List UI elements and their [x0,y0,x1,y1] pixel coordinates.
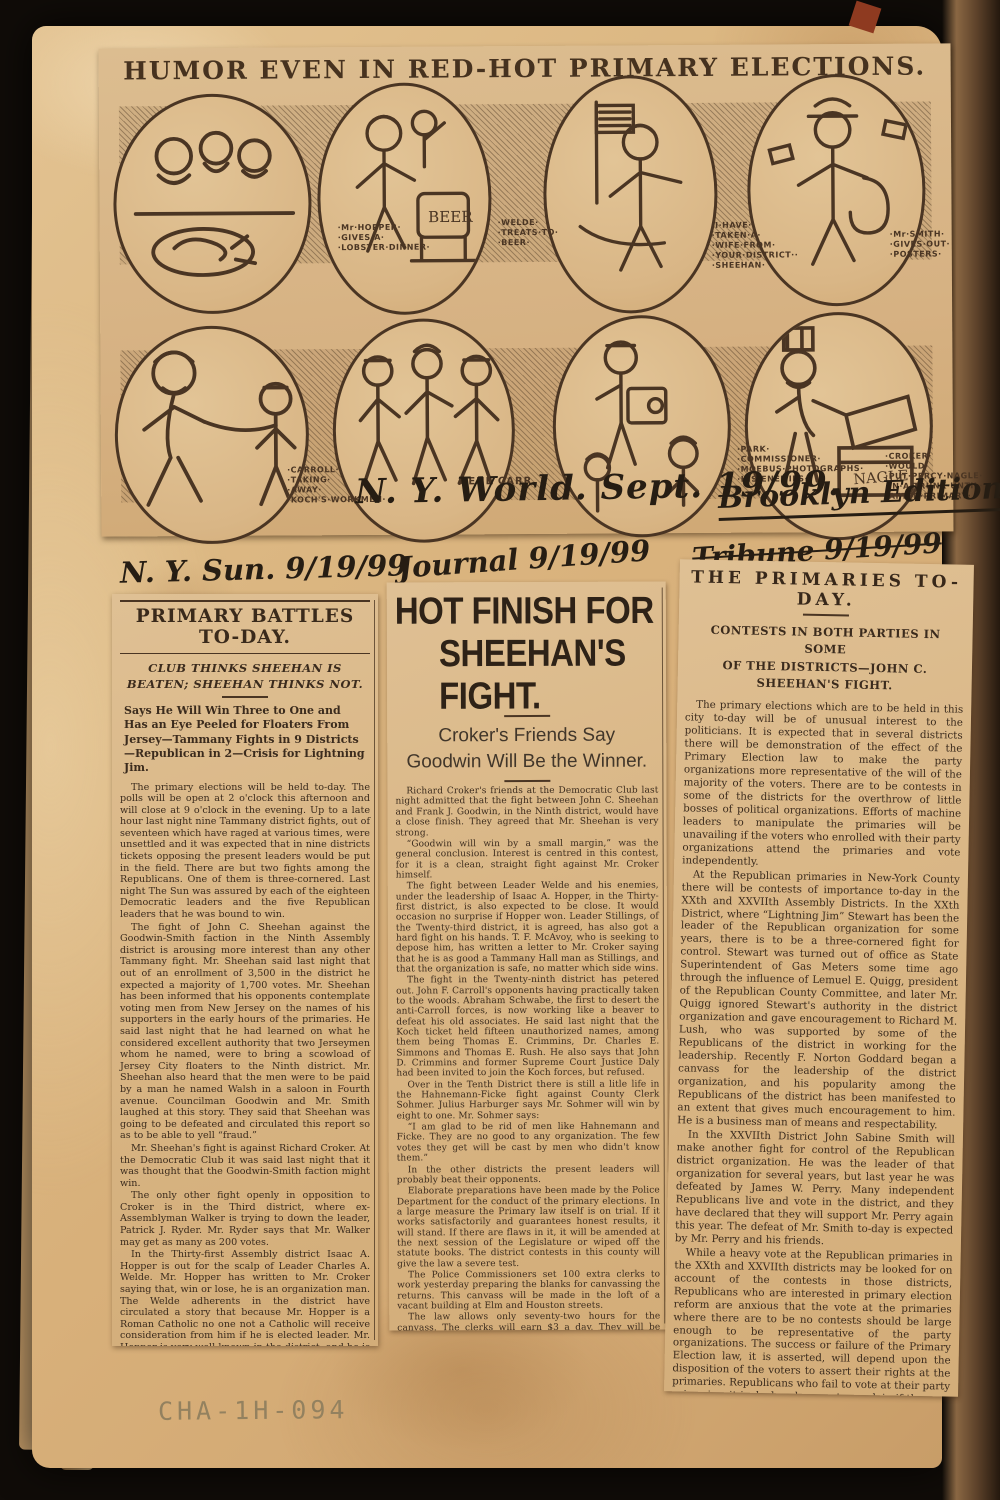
cartoon-figure: BEER [320,85,489,312]
column-rule [374,600,375,1340]
article-sun-clipping: PRIMARY BATTLES TO-DAY. CLUB THINKS SHEE… [112,594,378,1346]
article-deck: CONTESTS IN BOTH PARTIES IN SOME OF THE … [687,621,962,695]
cartoon-figure [116,96,309,311]
article-paragraph: The primary elections which are to be he… [682,698,963,872]
article-headline: THE PRIMARIES TO-DAY. [687,567,966,612]
headline-line-2: SHEEHAN'S FIGHT. [395,632,658,718]
headline-line-1: HOT FINISH FOR [395,588,654,631]
article-deck: Croker's Friends Say Goodwin Will Be the… [403,722,650,774]
catalog-number: CHA-1H-094 [158,1395,349,1426]
article-paragraph: Mr. Sheehan's fight is against Richard C… [120,1143,370,1189]
article-paragraph: The Police Commissioners set 100 extra c… [397,1269,660,1311]
article-paragraph: Richard Croker's friends at the Democrat… [395,786,658,839]
scrapbook-page: HUMOR EVEN IN RED-HOT PRIMARY ELECTIONS. [0,0,1000,1500]
article-paragraph: Elaborate preparations have been made by… [397,1186,660,1270]
cartoon-panel-carroll-rope [114,325,309,544]
article-subhead: CLUB THINKS SHEEHAN IS BEATEN; SHEEHAN T… [124,661,366,692]
beer-barrel-label: BEER [428,208,473,226]
panel-caption: ·Mr·SMITH· ·GIVES·OUT· ·POSTERS· [890,229,951,259]
article-paragraph: The fight of John C. Sheehan against the… [120,922,370,1142]
panel-caption: ·Mr·HOPPER· ·GIVES·A· ·LOBSTER·DINNER· [338,223,430,254]
article-paragraph: “Goodwin will win by a small margin,” wa… [396,838,659,880]
article-tribune-clipping: THE PRIMARIES TO-DAY. CONTESTS IN BOTH P… [664,559,974,1396]
divider-rule [803,614,849,617]
article-headline: HOT FINISH FORSHEEHAN'S FIGHT. [395,590,658,718]
cartoon-panel-lobster-dinner [113,93,312,314]
cartoon-figure [546,78,715,311]
article-paragraph: At the Republican primaries in New-York … [677,868,960,1133]
article-body: The primary elections which are to be he… [671,698,963,1396]
article-paragraph: “I am glad to be rid of men like Hahnema… [397,1122,660,1164]
article-headline: PRIMARY BATTLES TO-DAY. [120,600,370,654]
article-body: Richard Croker's friends at the Democrat… [395,786,660,1331]
panel-caption: ·I·HAVE· ·TAKEN·A· ·WIFE·FROM· ·YOUR·DIS… [712,220,799,271]
article-paragraph: While a heavy vote at the Republican pri… [671,1246,952,1397]
article-paragraph: The law allows only seventy-two hours fo… [397,1312,660,1331]
column-rule [662,588,666,1324]
panel-caption: ·WELDE· ·TREATS·TO· ·BEER· [498,218,559,248]
article-paragraph: The primary elections will be held to-da… [120,782,370,921]
divider-rule [222,696,268,698]
article-paragraph: Over in the Tenth District there is stil… [396,1079,659,1121]
article-paragraph: In the XXVIIth District John Sabine Smit… [675,1128,955,1250]
article-journal-clipping: HOT FINISH FORSHEEHAN'S FIGHT. Croker's … [387,582,669,1331]
article-paragraph: In the other districts the present leade… [397,1164,660,1186]
cartoon-panel-beer: BEER [317,82,492,315]
article-paragraph: The fight in the Twenty-ninth district h… [396,975,659,1079]
article-paragraph: The only other fight openly in oppositio… [120,1190,370,1248]
divider-rule [504,780,550,782]
article-deck: Says He Will Win Three to One and Has an… [122,704,368,775]
article-paragraph: In the Thirty-first Assembly district Is… [120,1249,370,1346]
cartoon-figure [117,328,306,541]
cartoon-panel-posters [747,74,926,307]
cartoon-clipping: HUMOR EVEN IN RED-HOT PRIMARY ELECTIONS. [99,43,954,536]
cartoon-panel-flag-wife [543,75,718,314]
article-paragraph: The fight between Leader Welde and his e… [396,881,659,975]
article-body: The primary elections will be held to-da… [120,782,370,1346]
